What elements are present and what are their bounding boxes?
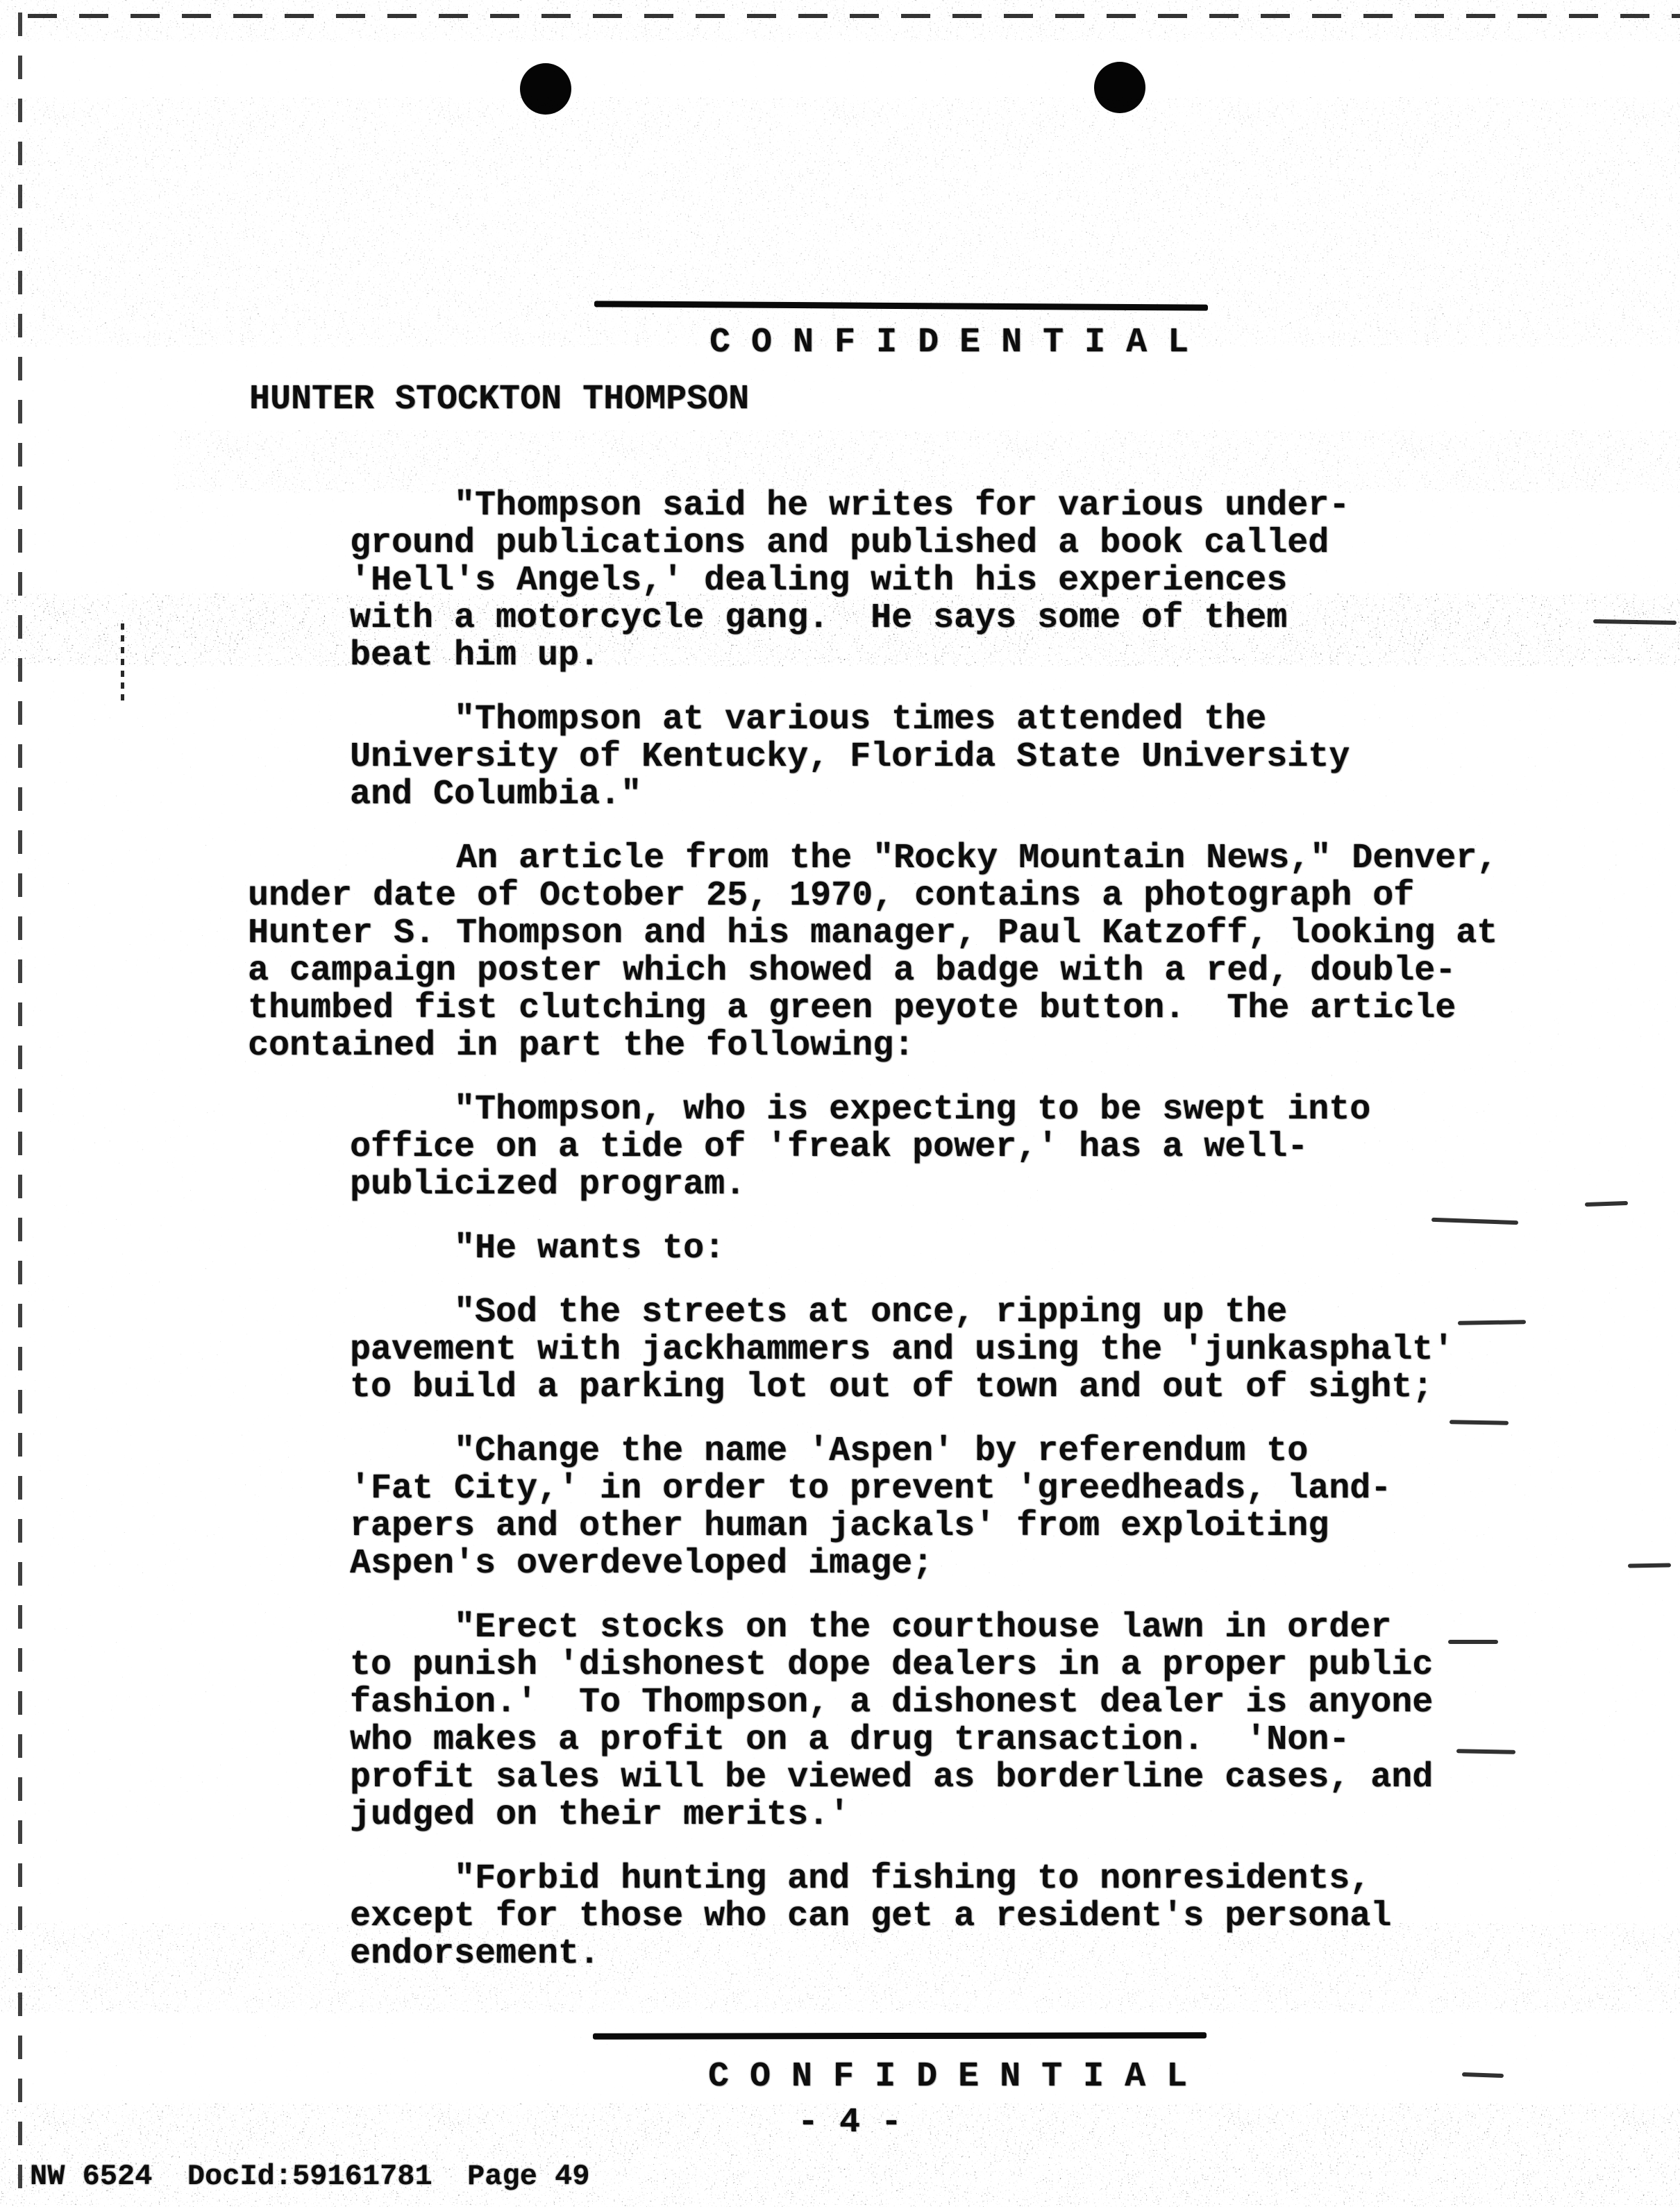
scan-artifact-dash [1628,1563,1671,1568]
page-number: - 4 - [798,2104,902,2142]
hole-punch-right [1094,62,1145,113]
scan-edge-left [18,12,22,2207]
blockquote-paragraph: "Forbid hunting and fishing to nonreside… [248,1861,1581,1973]
page-title: HUNTER STOCKTON THOMPSON [249,381,749,419]
blockquote-paragraph: "Thompson at various times attended the … [248,701,1581,814]
blockquote-paragraph: "He wants to: [248,1230,1581,1268]
scan-artifact-dash [1593,619,1677,625]
scan-artifact-dash [1448,1640,1498,1644]
scan-artifact-dash [1462,2072,1504,2078]
blockquote-paragraph: "Erect stocks on the courthouse lawn in … [248,1609,1581,1834]
blockquote-paragraph: "Thompson said he writes for various und… [248,487,1581,675]
scan-noise-band [0,0,1680,42]
blockquote-paragraph: "Sod the streets at once, ripping up the… [248,1294,1581,1407]
blockquote-paragraph: "Thompson, who is expecting to be swept … [248,1091,1581,1204]
classification-header-text: C O N F I D E N T I A L [709,323,1188,362]
classification-footer: C O N F I D E N T I A L [625,2021,1187,2171]
scan-artifact-dash [1585,1201,1628,1207]
archive-stamp: NW 6524 DocId:59161781 Page 49 [30,2160,590,2192]
hole-punch-left [520,63,571,115]
document-body: "Thompson said he writes for various und… [248,487,1581,1999]
scan-artifact-dotted-line [121,623,124,705]
blockquote-paragraph: "Change the name 'Aspen' by referendum t… [248,1433,1581,1583]
scan-noise-band [174,430,1680,493]
strikethrough-line [594,301,1208,310]
strikethrough-line [593,2032,1207,2040]
classification-footer-text: C O N F I D E N T I A L [708,2057,1187,2097]
body-paragraph: An article from the "Rocky Mountain News… [248,840,1581,1065]
scanned-document-page: C O N F I D E N T I A L HUNTER STOCKTON … [0,0,1680,2207]
scan-edge-top [28,14,1680,18]
